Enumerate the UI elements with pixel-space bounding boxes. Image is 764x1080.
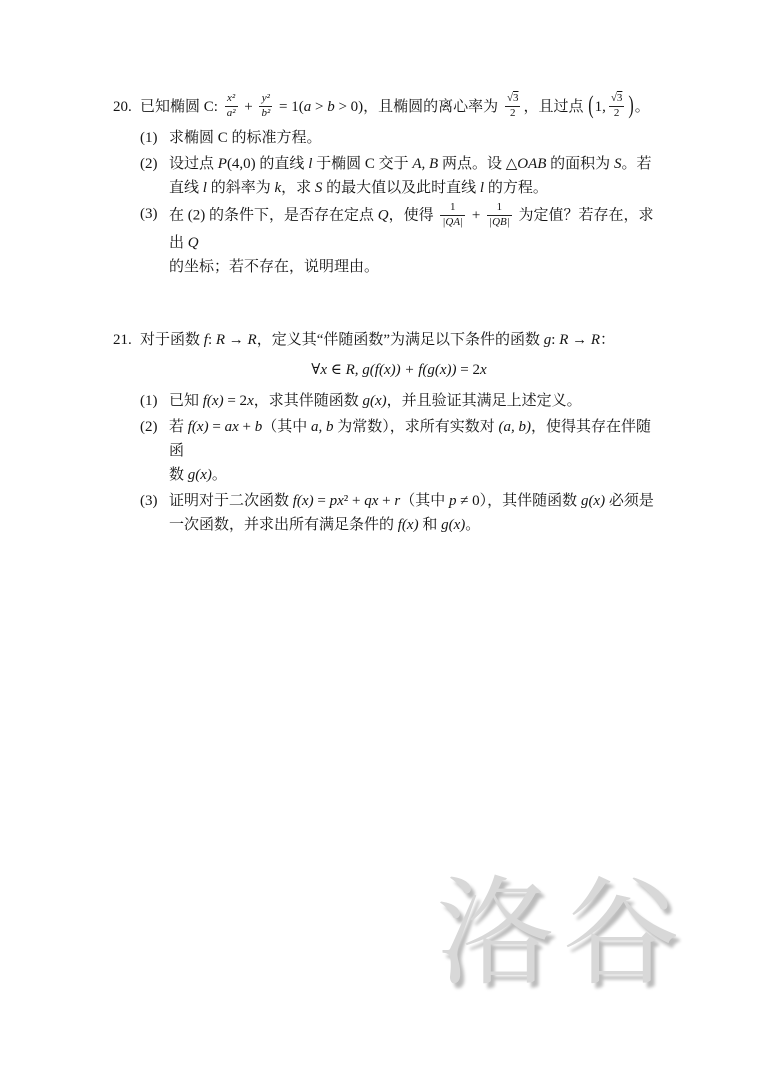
text-line: 数 g(x)。 xyxy=(169,463,658,487)
text-line: 在 (2) 的条件下，是否存在定点 Q，使得 1|QA| + 1|QB| 为定值… xyxy=(169,202,658,255)
text: 已知 xyxy=(169,393,203,409)
math-text: g(x) xyxy=(581,493,605,509)
fraction-numerator: x² xyxy=(225,92,238,107)
text: + xyxy=(378,493,394,509)
fraction-numerator: √3 xyxy=(609,92,625,107)
item-label: (2) xyxy=(140,152,169,200)
text: 对于函数 xyxy=(140,332,204,348)
text: （其中 xyxy=(262,419,311,435)
math-text: R, g(f(x)) + f(g(x)) xyxy=(346,362,457,378)
problem-item: (3)在 (2) 的条件下，是否存在定点 Q，使得 1|QA| + 1|QB| … xyxy=(140,202,658,279)
problem-content: 对于函数 f: R → R，定义其“伴随函数”为满足以下条件的函数 g: R →… xyxy=(140,325,658,539)
item-label: (3) xyxy=(140,202,169,279)
math-text: g(x) xyxy=(363,393,387,409)
text-line: 证明对于二次函数 f(x) = px² + qx + r（其中 p ≠ 0），其… xyxy=(169,489,658,513)
text: = 1( xyxy=(275,99,303,115)
problem-number: 20. xyxy=(113,92,140,122)
text: 。 xyxy=(465,517,480,533)
text: 1, xyxy=(595,99,606,115)
text: 已知椭圆 C: xyxy=(140,99,222,115)
text: 的坐标；若不存在，说明理由。 xyxy=(169,259,379,275)
math-text: Q xyxy=(378,208,389,224)
text: 设过点 xyxy=(169,156,218,172)
math-text: f(x) xyxy=(188,419,209,435)
text: ，定义其“伴随函数”为满足以下条件的函数 xyxy=(257,332,544,348)
text: 于椭圆 C 交于 xyxy=(312,156,412,172)
fraction: y²b² xyxy=(259,92,272,121)
text-line: 求椭圆 C 的标准方程。 xyxy=(169,126,658,150)
problem-content: 已知椭圆 C: x²a² + y²b² = 1(a > b > 0)，且椭圆的离… xyxy=(140,92,658,281)
problem-number: 21. xyxy=(113,325,140,355)
text: (4,0) 的直线 xyxy=(227,156,308,172)
math-text: R xyxy=(216,332,225,348)
text: ，使得 xyxy=(389,208,438,224)
text: 证明对于二次函数 xyxy=(169,493,293,509)
text: ，求 xyxy=(281,180,315,196)
text: 为常数），求所有实数对 xyxy=(333,419,498,435)
fraction-denominator: a² xyxy=(225,107,238,121)
item-body: 设过点 P(4,0) 的直线 l 于椭圆 C 交于 A, B 两点。设 △OAB… xyxy=(169,152,658,200)
problem-head-line: 对于函数 f: R → R，定义其“伴随函数”为满足以下条件的函数 g: R →… xyxy=(140,325,658,355)
text: 在 (2) 的条件下，是否存在定点 xyxy=(169,208,378,224)
problems-container: 20.已知椭圆 C: x²a² + y²b² = 1(a > b > 0)，且椭… xyxy=(113,92,658,539)
item-body: 求椭圆 C 的标准方程。 xyxy=(169,126,658,150)
text: 的面积为 xyxy=(546,156,614,172)
fraction-denominator: b² xyxy=(259,107,272,121)
text: ，且过点 xyxy=(523,99,587,115)
fraction: x²a² xyxy=(225,92,238,121)
problem-head-line: 已知椭圆 C: x²a² + y²b² = 1(a > b > 0)，且椭圆的离… xyxy=(140,92,658,122)
text-line: 已知 f(x) = 2x，求其伴随函数 g(x)，并且验证其满足上述定义。 xyxy=(169,389,658,413)
problem-items: (1)求椭圆 C 的标准方程。(2)设过点 P(4,0) 的直线 l 于椭圆 C… xyxy=(140,126,658,279)
text-line: 若 f(x) = ax + b（其中 a, b 为常数），求所有实数对 (a, … xyxy=(169,415,658,463)
text: 若 xyxy=(169,419,188,435)
text: ∀ xyxy=(311,362,320,378)
math-text: g(x) xyxy=(188,467,212,483)
text: = xyxy=(314,493,330,509)
math-text: a, b xyxy=(311,419,334,435)
math-text: R xyxy=(559,332,568,348)
text: 的斜率为 xyxy=(207,180,275,196)
exam-page: 20.已知椭圆 C: x²a² + y²b² = 1(a > b > 0)，且椭… xyxy=(0,0,764,1080)
text: 两点。设 △ xyxy=(438,156,517,172)
problem-item: (3)证明对于二次函数 f(x) = px² + qx + r（其中 p ≠ 0… xyxy=(140,489,658,537)
item-body: 在 (2) 的条件下，是否存在定点 Q，使得 1|QA| + 1|QB| 为定值… xyxy=(169,202,658,279)
problem-item: (2)设过点 P(4,0) 的直线 l 于椭圆 C 交于 A, B 两点。设 △… xyxy=(140,152,658,200)
text: 求椭圆 C 的标准方程。 xyxy=(169,130,322,146)
text: → xyxy=(225,332,248,348)
fraction-denominator: 2 xyxy=(505,107,521,121)
fraction-numerator: 1 xyxy=(487,201,512,216)
text-line: 的坐标；若不存在，说明理由。 xyxy=(169,255,658,279)
item-label: (3) xyxy=(140,489,169,537)
text: + xyxy=(241,99,257,115)
fraction-numerator: 1 xyxy=(440,201,465,216)
text: （其中 xyxy=(400,493,449,509)
text: 一次函数，并求出所有满足条件的 xyxy=(169,517,398,533)
math-text: x xyxy=(247,393,254,409)
math-text: A, B xyxy=(412,156,438,172)
text: + xyxy=(468,208,484,224)
fraction: √32 xyxy=(505,92,521,121)
text-line: 设过点 P(4,0) 的直线 l 于椭圆 C 交于 A, B 两点。设 △OAB… xyxy=(169,152,658,176)
math-text: OAB xyxy=(517,156,546,172)
fraction-denominator: 2 xyxy=(609,107,625,121)
text: 的最大值以及此时直线 xyxy=(322,180,480,196)
text: = xyxy=(209,419,225,435)
item-body: 证明对于二次函数 f(x) = px² + qx + r（其中 p ≠ 0），其… xyxy=(169,489,658,537)
text: = 2 xyxy=(224,393,247,409)
big-paren: ) xyxy=(628,84,633,131)
text: 。 xyxy=(635,99,650,115)
math-text: px xyxy=(330,493,344,509)
math-text: R xyxy=(591,332,600,348)
math-text: b xyxy=(327,99,335,115)
text: 数 xyxy=(169,467,188,483)
fraction: 1|QB| xyxy=(487,201,512,230)
item-label: (1) xyxy=(140,389,169,413)
problem: 21.对于函数 f: R → R，定义其“伴随函数”为满足以下条件的函数 g: … xyxy=(113,325,658,539)
text: ² + xyxy=(344,493,364,509)
math-text: (a, b) xyxy=(498,419,531,435)
math-text: f(x) xyxy=(203,393,224,409)
text: ，并且验证其满足上述定义。 xyxy=(387,393,582,409)
text: ： xyxy=(600,332,615,348)
math-text: x xyxy=(480,362,487,378)
equation-line: ∀x ∈ R, g(f(x)) + f(g(x)) = 2x xyxy=(140,355,658,385)
item-label: (1) xyxy=(140,126,169,150)
math-text: P xyxy=(218,156,227,172)
text-line: 一次函数，并求出所有满足条件的 f(x) 和 g(x)。 xyxy=(169,513,658,537)
text: > 0)，且椭圆的离心率为 xyxy=(335,99,502,115)
math-text: R xyxy=(248,332,257,348)
fraction-numerator: √3 xyxy=(505,92,521,107)
fraction-denominator: |QB| xyxy=(487,216,512,230)
text: ≠ 0），其伴随函数 xyxy=(456,493,580,509)
text: 的方程。 xyxy=(484,180,548,196)
problem: 20.已知椭圆 C: x²a² + y²b² = 1(a > b > 0)，且椭… xyxy=(113,92,658,281)
sqrt-radicand: 3 xyxy=(513,92,519,104)
big-paren: ( xyxy=(588,84,593,131)
text: = 2 xyxy=(457,362,480,378)
item-body: 若 f(x) = ax + b（其中 a, b 为常数），求所有实数对 (a, … xyxy=(169,415,658,487)
text: : xyxy=(551,332,559,348)
text: 必须是 xyxy=(605,493,654,509)
math-text: qx xyxy=(364,493,378,509)
problem-item: (1)已知 f(x) = 2x，求其伴随函数 g(x)，并且验证其满足上述定义。 xyxy=(140,389,658,413)
text: > xyxy=(311,99,327,115)
text-line: 直线 l 的斜率为 k，求 S 的最大值以及此时直线 l 的方程。 xyxy=(169,176,658,200)
text: : xyxy=(208,332,216,348)
item-label: (2) xyxy=(140,415,169,487)
text: + xyxy=(239,419,255,435)
problem-head: 已知椭圆 C: x²a² + y²b² = 1(a > b > 0)，且椭圆的离… xyxy=(140,92,658,122)
math-text: ax xyxy=(225,419,239,435)
problem-item: (2)若 f(x) = ax + b（其中 a, b 为常数），求所有实数对 (… xyxy=(140,415,658,487)
text: ∈ xyxy=(327,362,346,378)
problem-item: (1)求椭圆 C 的标准方程。 xyxy=(140,126,658,150)
item-body: 已知 f(x) = 2x，求其伴随函数 g(x)，并且验证其满足上述定义。 xyxy=(169,389,658,413)
math-text: f(x) xyxy=(293,493,314,509)
fraction-numerator: y² xyxy=(259,92,272,107)
text: 和 xyxy=(419,517,442,533)
text: 。 xyxy=(212,467,227,483)
text: ，求其伴随函数 xyxy=(254,393,363,409)
text: 直线 xyxy=(169,180,203,196)
problem-items: (1)已知 f(x) = 2x，求其伴随函数 g(x)，并且验证其满足上述定义。… xyxy=(140,389,658,537)
problem-head: 对于函数 f: R → R，定义其“伴随函数”为满足以下条件的函数 g: R →… xyxy=(140,325,658,385)
fraction: 1|QA| xyxy=(440,201,465,230)
fraction-denominator: |QA| xyxy=(440,216,465,230)
text: 。若 xyxy=(621,156,651,172)
sqrt-radicand: 3 xyxy=(617,92,623,104)
math-text: f(x) xyxy=(398,517,419,533)
fraction: √32 xyxy=(609,92,625,121)
watermark: 洛谷 xyxy=(436,838,688,1008)
math-text: g(x) xyxy=(441,517,465,533)
math-text: Q xyxy=(188,235,199,251)
text: → xyxy=(568,332,591,348)
